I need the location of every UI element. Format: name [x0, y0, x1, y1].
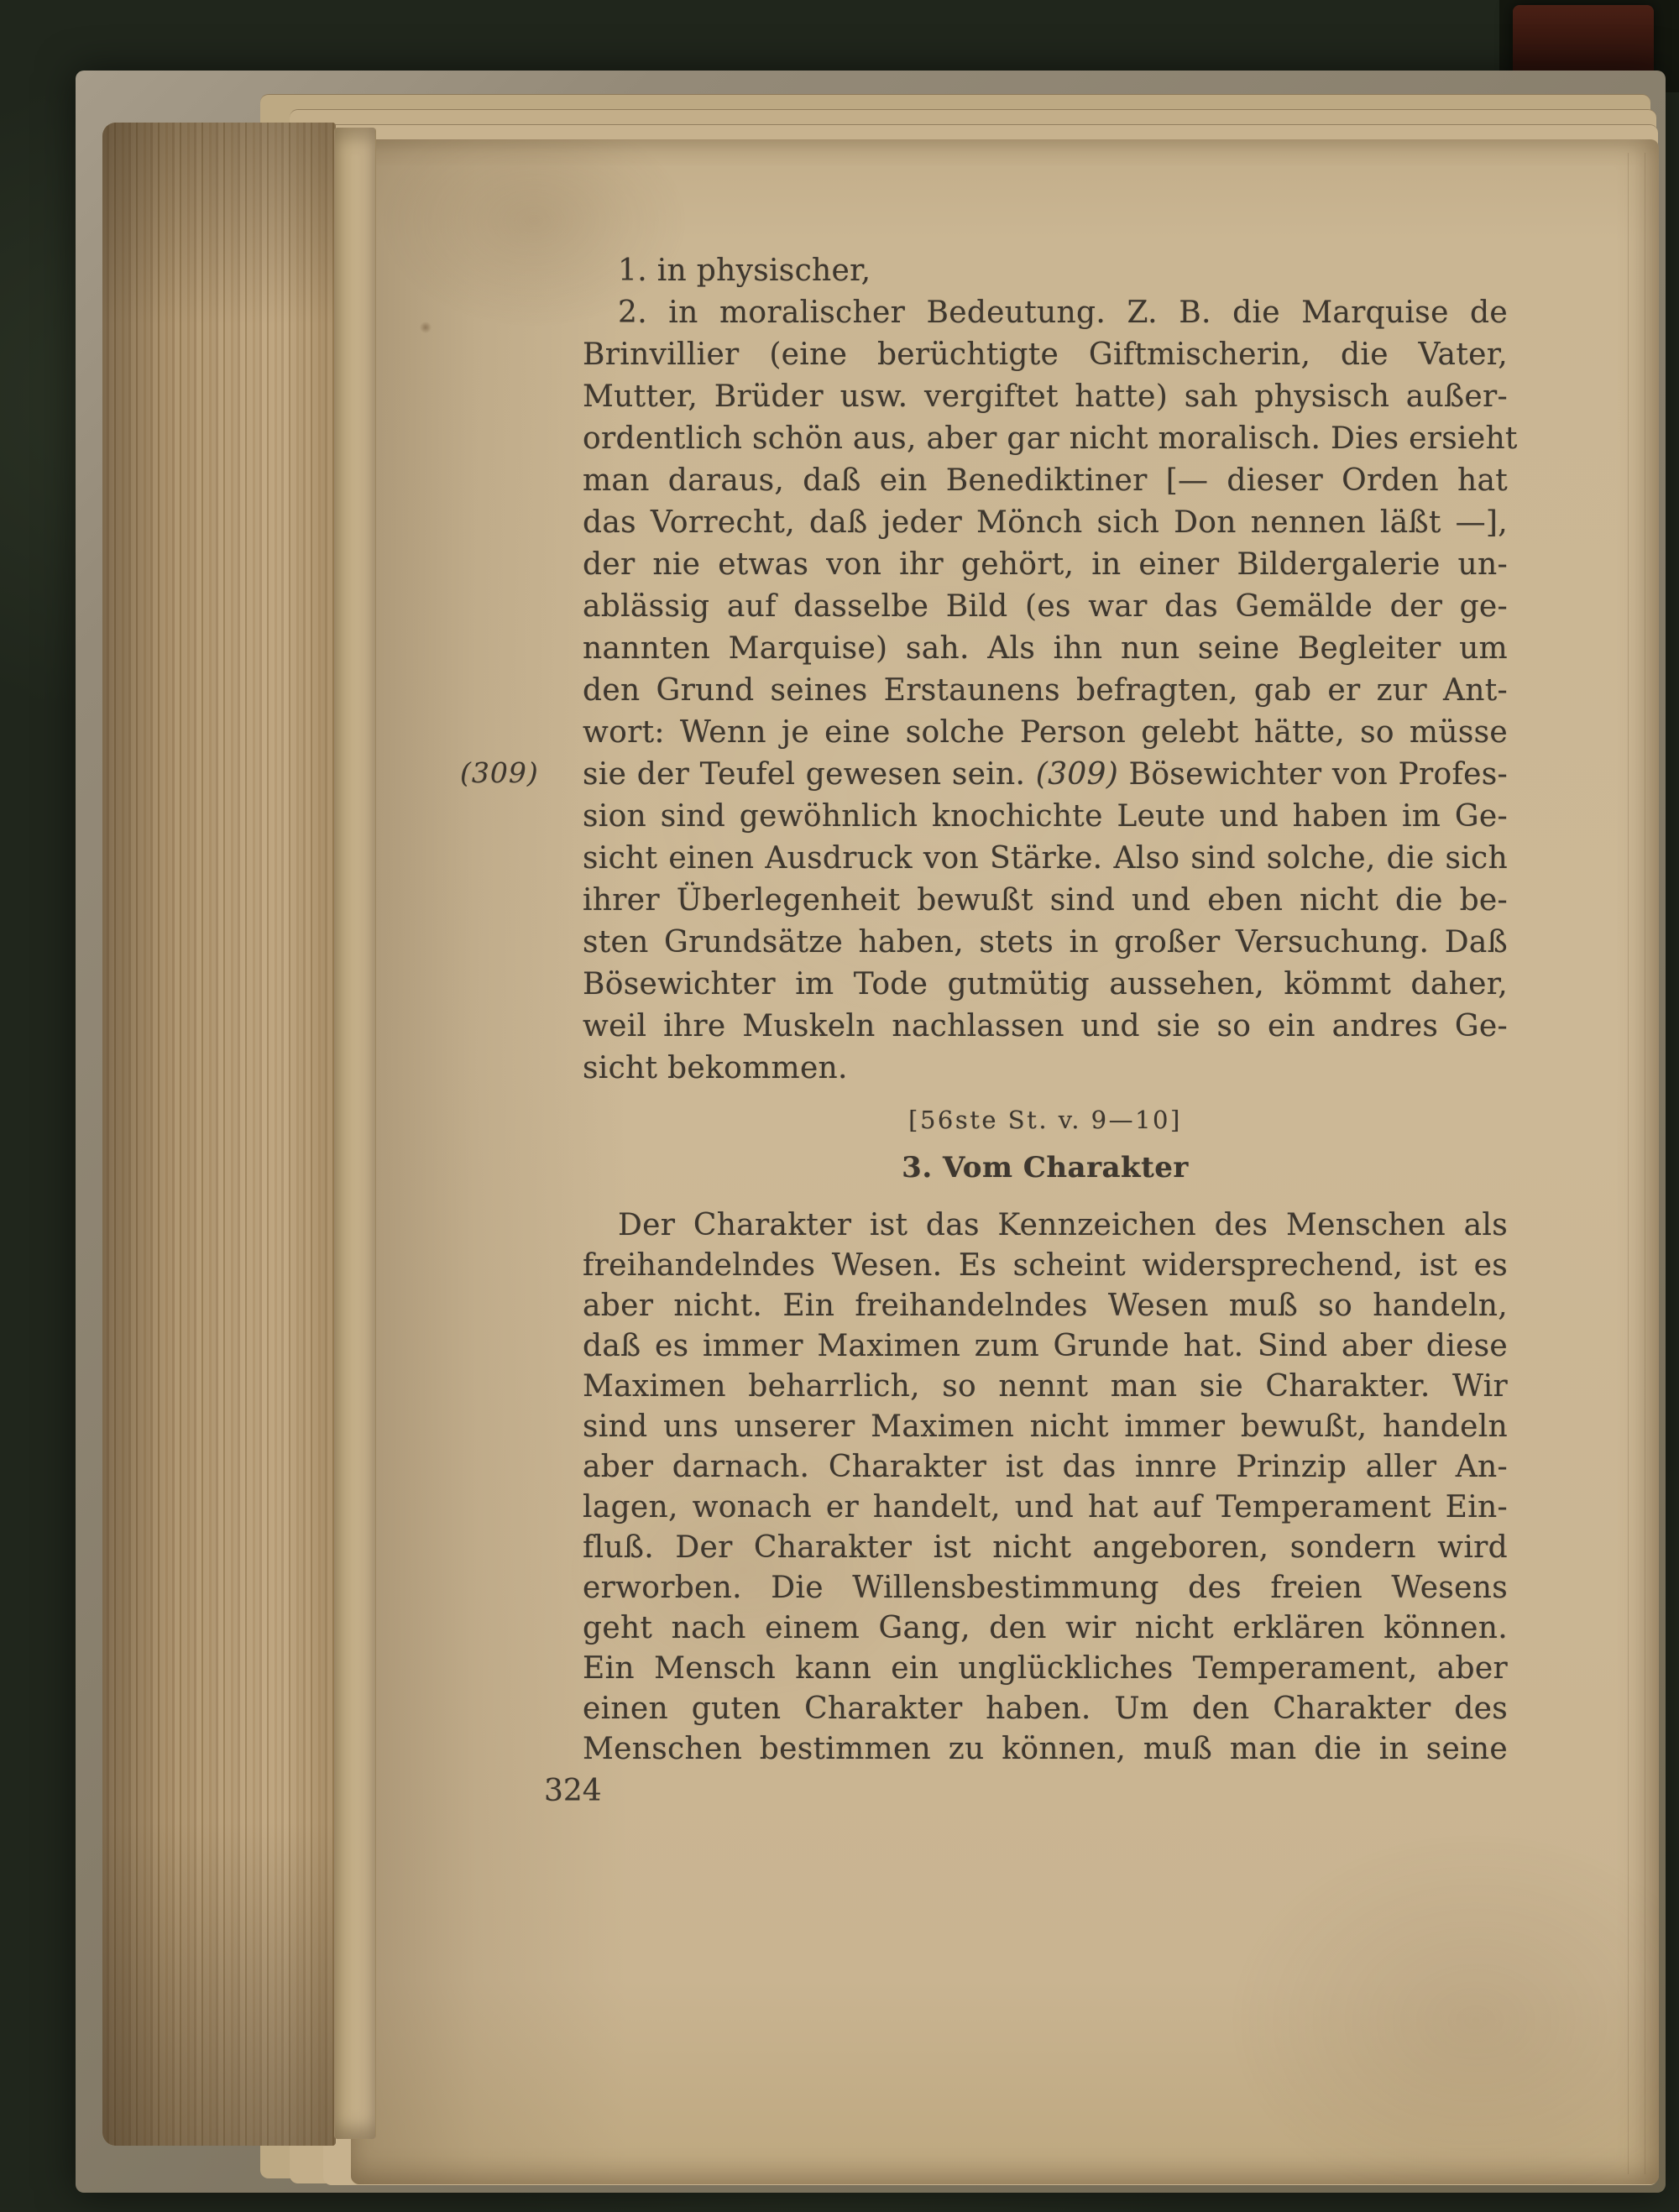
text-line: 1. in physischer, — [583, 250, 1508, 292]
text-line: sion sind gewöhnlich knochichte Leute un… — [583, 796, 1508, 838]
book-scan-photo: 1. in physischer,2. in moralischer Bedeu… — [0, 0, 1679, 2212]
text-line: den Grund seines Erstaunens befragten, g… — [583, 670, 1508, 712]
margin-note: (309) — [460, 752, 539, 794]
text-segment: Bösewichter von Profes- — [1118, 757, 1508, 792]
text-line: lagen, wonach er handelt, und hat auf Te… — [583, 1488, 1508, 1528]
text-line: ablässig auf dasselbe Bild (es war das G… — [583, 586, 1508, 628]
text-line: sten Grundsätze haben, stets in großer V… — [583, 922, 1508, 964]
text-line: ihrer Überlegenheit bewußt sind und eben… — [583, 880, 1508, 922]
text-line: Der Charakter ist das Kennzeichen des Me… — [583, 1205, 1508, 1246]
text-line: nannten Marquise) sah. Als ihn nun seine… — [583, 628, 1508, 670]
text-line: Maximen beharrlich, so nennt man sie Cha… — [583, 1367, 1508, 1407]
text-line: wort: Wenn je eine solche Person gelebt … — [583, 712, 1508, 754]
text-line: Menschen bestimmen zu können, muß man di… — [583, 1729, 1508, 1770]
text-segment: sie der Teufel gewesen sein. — [583, 757, 1036, 792]
text-line: einen guten Charakter haben. Um den Char… — [583, 1689, 1508, 1729]
text-line: sicht bekommen. — [583, 1048, 1508, 1090]
text-line: weil ihre Muskeln nachlassen und sie so … — [583, 1006, 1508, 1048]
text-line: der nie etwas von ihr gehört, in einer B… — [583, 544, 1508, 586]
text-line: aber darnach. Charakter ist das innre Pr… — [583, 1447, 1508, 1488]
paragraph-1: 1. in physischer,2. in moralischer Bedeu… — [583, 250, 1508, 1090]
text-line: das Vorrecht, daß jeder Mönch sich Don n… — [583, 502, 1508, 544]
text-line: geht nach einem Gang, den wir nicht erkl… — [583, 1608, 1508, 1649]
text-line: ordentlich schön aus, aber gar nicht mor… — [583, 418, 1508, 460]
text-line: 2. in moralischer Bedeutung. Z. B. die M… — [583, 292, 1508, 334]
text-line: erworben. Die Willensbestimmung des frei… — [583, 1568, 1508, 1608]
text-line: sie der Teufel gewesen sein. (309) Bösew… — [583, 754, 1508, 796]
text-line: Bösewichter im Tode gutmütig aussehen, k… — [583, 964, 1508, 1006]
paragraph-2: Der Charakter ist das Kennzeichen des Me… — [583, 1205, 1508, 1770]
text-line: Ein Mensch kann ein unglückliches Temper… — [583, 1649, 1508, 1689]
page-text: 1. in physischer,2. in moralischer Bedeu… — [0, 0, 1679, 2212]
text-line: sind uns unserer Maximen nicht immer bew… — [583, 1407, 1508, 1447]
section-reference: [56ste St. v. 9—10] — [583, 1105, 1508, 1135]
text-line: freihandelndes Wesen. Es scheint widersp… — [583, 1246, 1508, 1286]
text-line: Mutter, Brüder usw. vergiftet hatte) sah… — [583, 376, 1508, 418]
text-line: aber nicht. Ein freihandelndes Wesen muß… — [583, 1286, 1508, 1326]
text-line: man daraus, daß ein Benediktiner [— dies… — [583, 460, 1508, 502]
text-line: Brinvillier (eine berüchtigte Giftmische… — [583, 334, 1508, 376]
page-number: 324 — [544, 1771, 602, 1812]
section-heading: 3. Vom Charakter — [583, 1150, 1508, 1185]
inline-page-ref: (309) — [1036, 757, 1118, 792]
text-line: sicht einen Ausdruck von Stärke. Also si… — [583, 838, 1508, 880]
text-line: fluß. Der Charakter ist nicht angeboren,… — [583, 1528, 1508, 1568]
text-line: daß es immer Maximen zum Grunde hat. Sin… — [583, 1326, 1508, 1367]
